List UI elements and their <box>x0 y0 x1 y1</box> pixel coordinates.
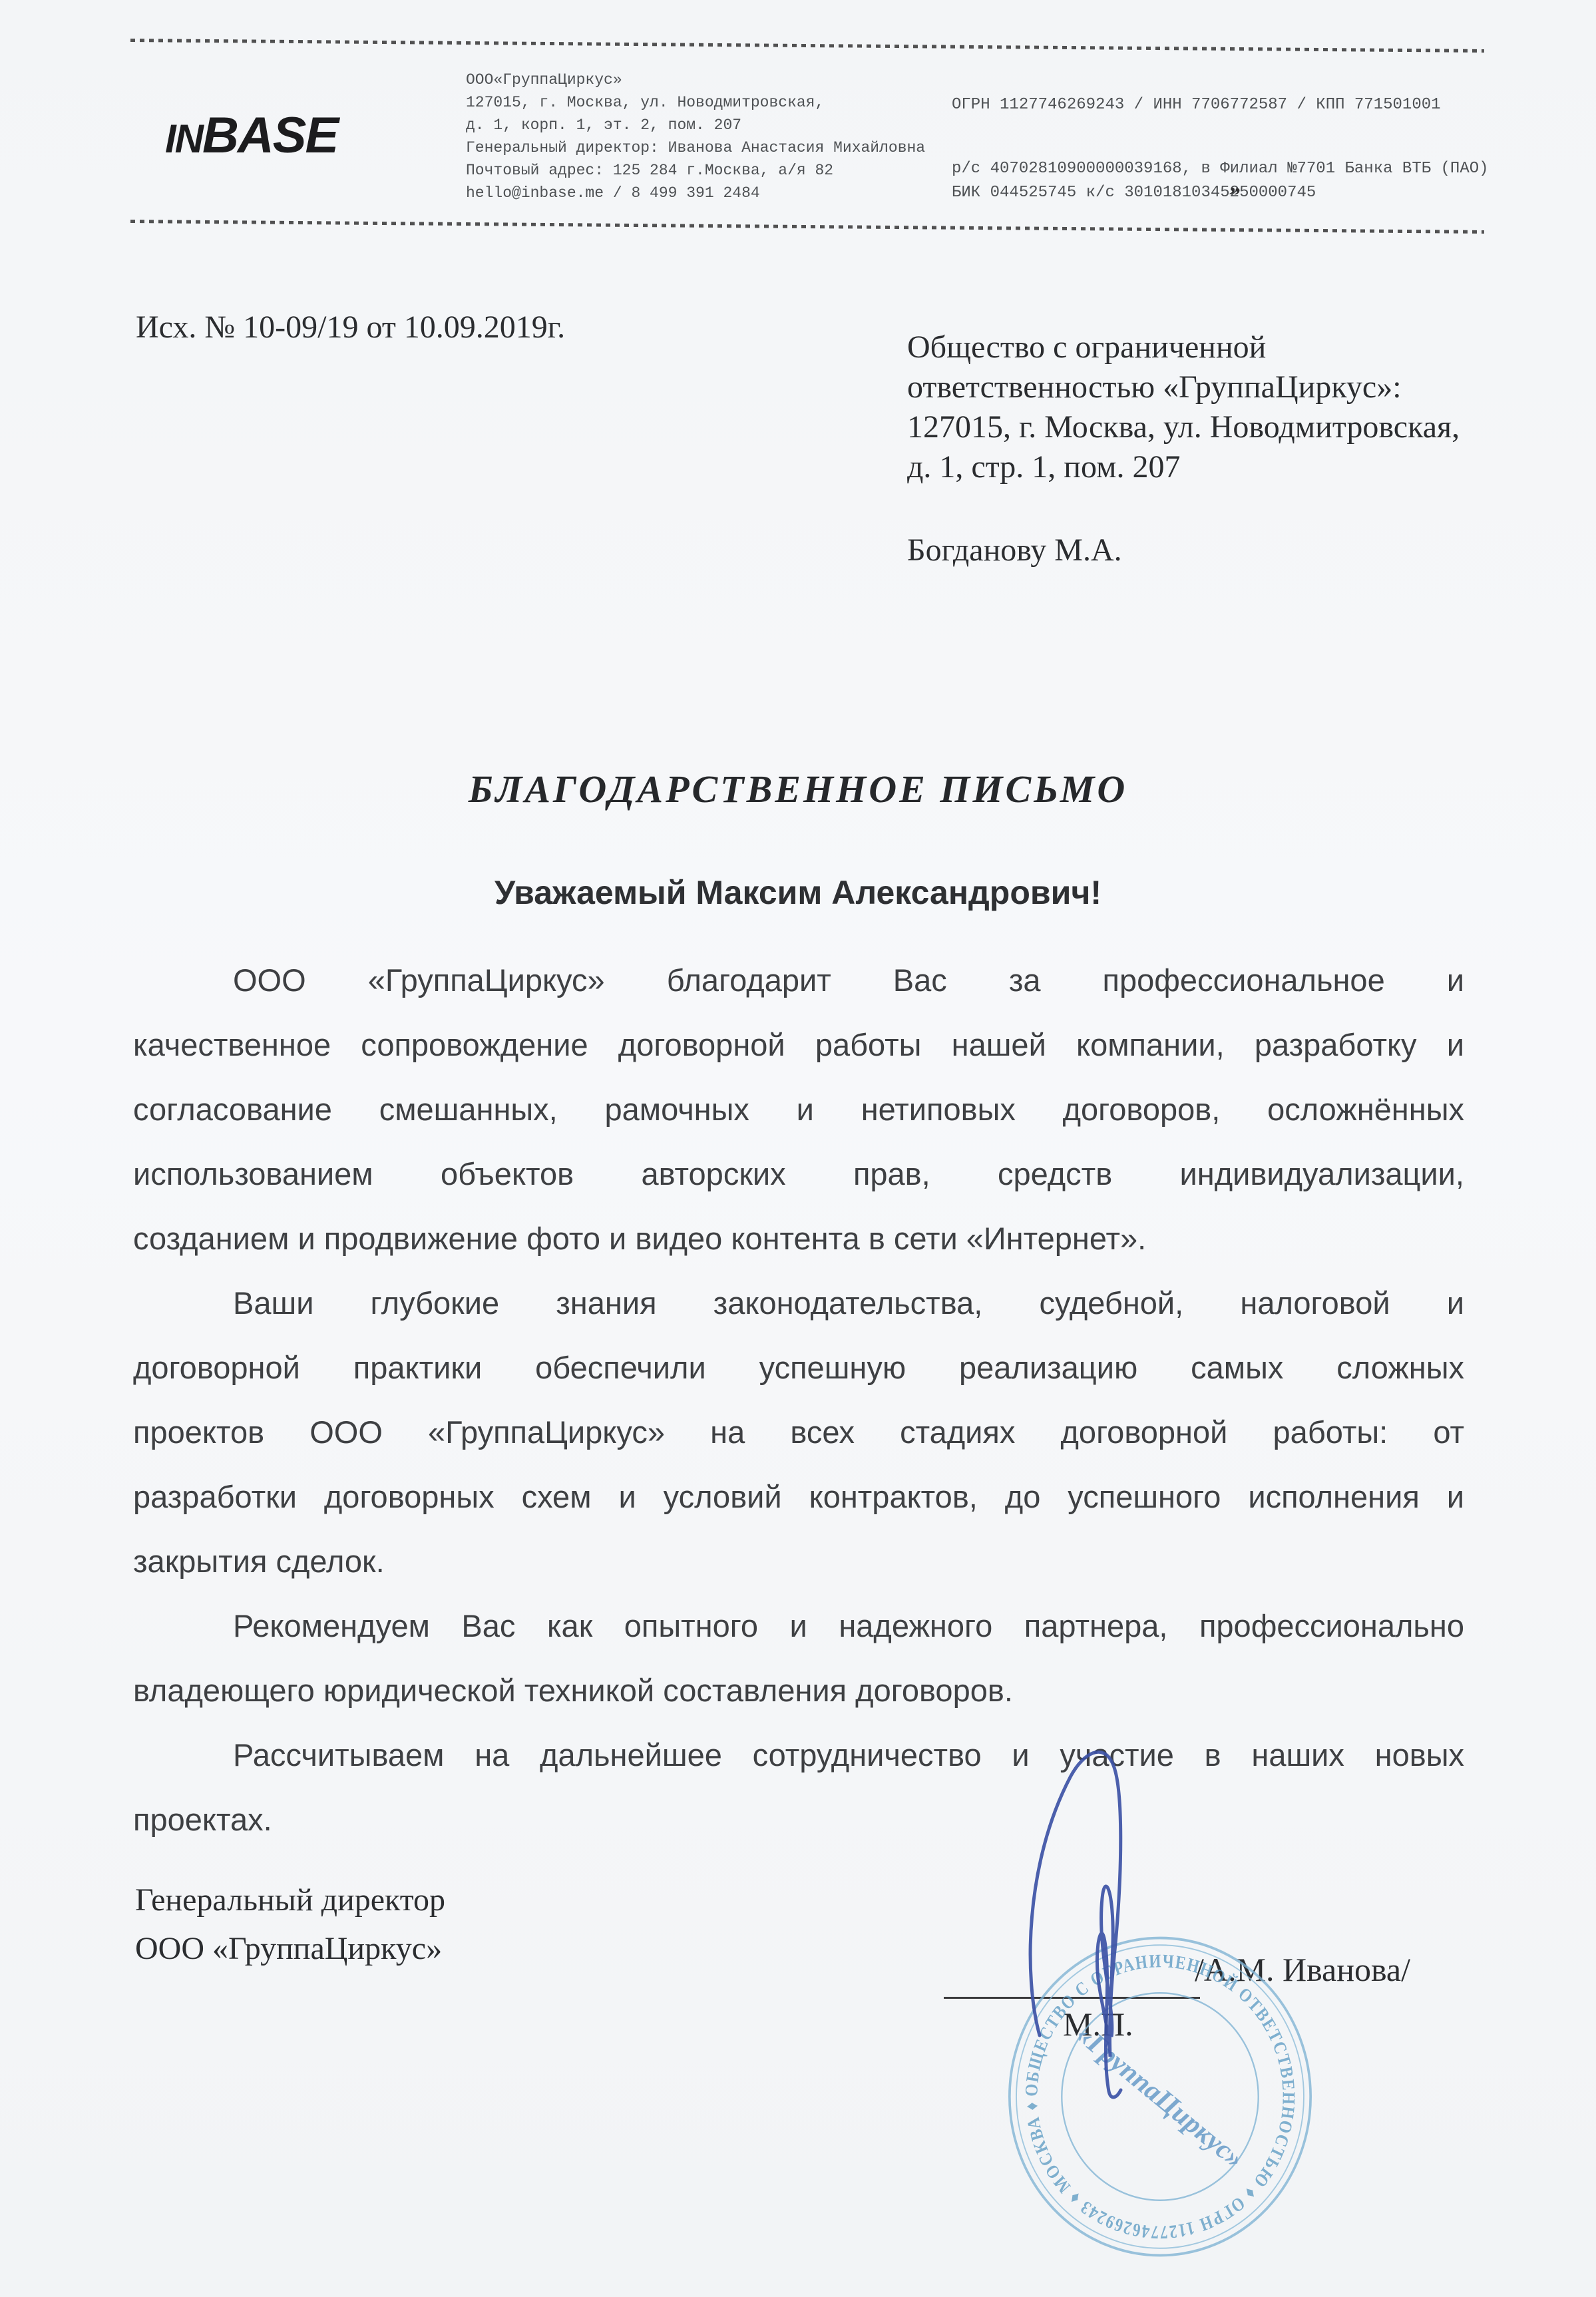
scan-artifact-mark: ” <box>1227 183 1241 210</box>
body-line: Рассчитываем на дальнейшее сотрудничеств… <box>133 1723 1464 1787</box>
recipient-addressee: Богданову М.А. <box>907 532 1122 568</box>
paragraph-3: Рекомендуем Вас как опытного и надежного… <box>133 1593 1464 1723</box>
letter-title: БЛАГОДАРСТВЕННОЕ ПИСЬМО <box>0 767 1596 811</box>
recipient-line: ответственностью «ГруппаЦиркус»: <box>907 367 1460 407</box>
body-line: владеющего юридической техникой составле… <box>133 1658 1464 1723</box>
letterhead-divider-bottom <box>130 220 1484 234</box>
letterhead-registry-line: ОГРН 1127746269243 / ИНН 7706772587 / КП… <box>952 96 1441 114</box>
letterhead-divider-top <box>130 39 1484 53</box>
company-contact-line: hello@inbase.me / 8 499 391 2484 <box>466 182 925 204</box>
company-address-line-2: д. 1, корп. 1, эт. 2, пом. 207 <box>466 114 925 136</box>
body-line: проектах. <box>133 1787 1464 1852</box>
logo-text-in: IN <box>165 116 202 161</box>
company-address-line-1: 127015, г. Москва, ул. Новодмитровская, <box>466 91 925 114</box>
body-line: закрытия сделок. <box>133 1529 1464 1593</box>
handwritten-signature <box>992 1724 1198 2113</box>
body-line: Рекомендуем Вас как опытного и надежного… <box>133 1593 1464 1658</box>
paragraph-4: Рассчитываем на дальнейшее сотрудничеств… <box>133 1723 1464 1852</box>
body-line: проектов ООО «ГруппаЦиркус» на всех стад… <box>133 1400 1464 1464</box>
body-line: разработки договорных схем и условий кон… <box>133 1464 1464 1529</box>
outgoing-reference: Исх. № 10-09/19 от 10.09.2019г. <box>136 309 565 345</box>
company-postal-line: Почтовый адрес: 125 284 г.Москва, а/я 82 <box>466 159 925 182</box>
signatory-position-block: Генеральный директор ООО «ГруппаЦиркус» <box>135 1876 445 1973</box>
recipient-line: 127015, г. Москва, ул. Новодмитровская, <box>907 407 1460 447</box>
body-line: созданием и продвижение фото и видео кон… <box>133 1206 1464 1271</box>
bank-bik-line: БИК 044525745 к/с 30101810345250000745 <box>952 181 1489 205</box>
body-line: использованием объектов авторских прав, … <box>133 1142 1464 1206</box>
salutation: Уважаемый Максим Александрович! <box>0 873 1596 912</box>
paragraph-1: ООО «ГруппаЦиркус» благодарит Вас за про… <box>133 948 1464 1271</box>
letterhead-bank-block: р/с 40702810900000039168, в Филиал №7701… <box>952 157 1489 205</box>
letterhead-company-block: ООО«ГруппаЦиркус» 127015, г. Москва, ул.… <box>466 69 925 204</box>
letter-body: ООО «ГруппаЦиркус» благодарит Вас за про… <box>133 948 1464 1852</box>
body-line: ООО «ГруппаЦиркус» благодарит Вас за про… <box>133 948 1464 1012</box>
company-director-line: Генеральный директор: Иванова Анастасия … <box>466 136 925 159</box>
recipient-line: Общество с ограниченной <box>907 327 1460 367</box>
recipient-block: Общество с ограниченной ответственностью… <box>907 327 1460 487</box>
logo-text-base: BASE <box>202 107 337 164</box>
signatory-position-line: Генеральный директор <box>135 1876 445 1924</box>
body-line: договорной практики обеспечили успешную … <box>133 1335 1464 1400</box>
recipient-line: д. 1, стр. 1, пом. 207 <box>907 447 1460 487</box>
bank-account-line: р/с 40702810900000039168, в Филиал №7701… <box>952 157 1489 181</box>
body-line: качественное сопровождение договорной ра… <box>133 1012 1464 1077</box>
paragraph-2: Ваши глубокие знания законодательства, с… <box>133 1271 1464 1593</box>
body-line: согласование смешанных, рамочных и нетип… <box>133 1077 1464 1142</box>
inbase-logo: INBASE <box>165 106 337 164</box>
signature-stroke <box>1030 1752 1121 2097</box>
body-line: Ваши глубокие знания законодательства, с… <box>133 1271 1464 1335</box>
company-name-line: ООО«ГруппаЦиркус» <box>466 69 925 91</box>
scanned-letter-page: INBASE ООО«ГруппаЦиркус» 127015, г. Моск… <box>0 0 1596 2297</box>
signatory-company-line: ООО «ГруппаЦиркус» <box>135 1924 445 1973</box>
